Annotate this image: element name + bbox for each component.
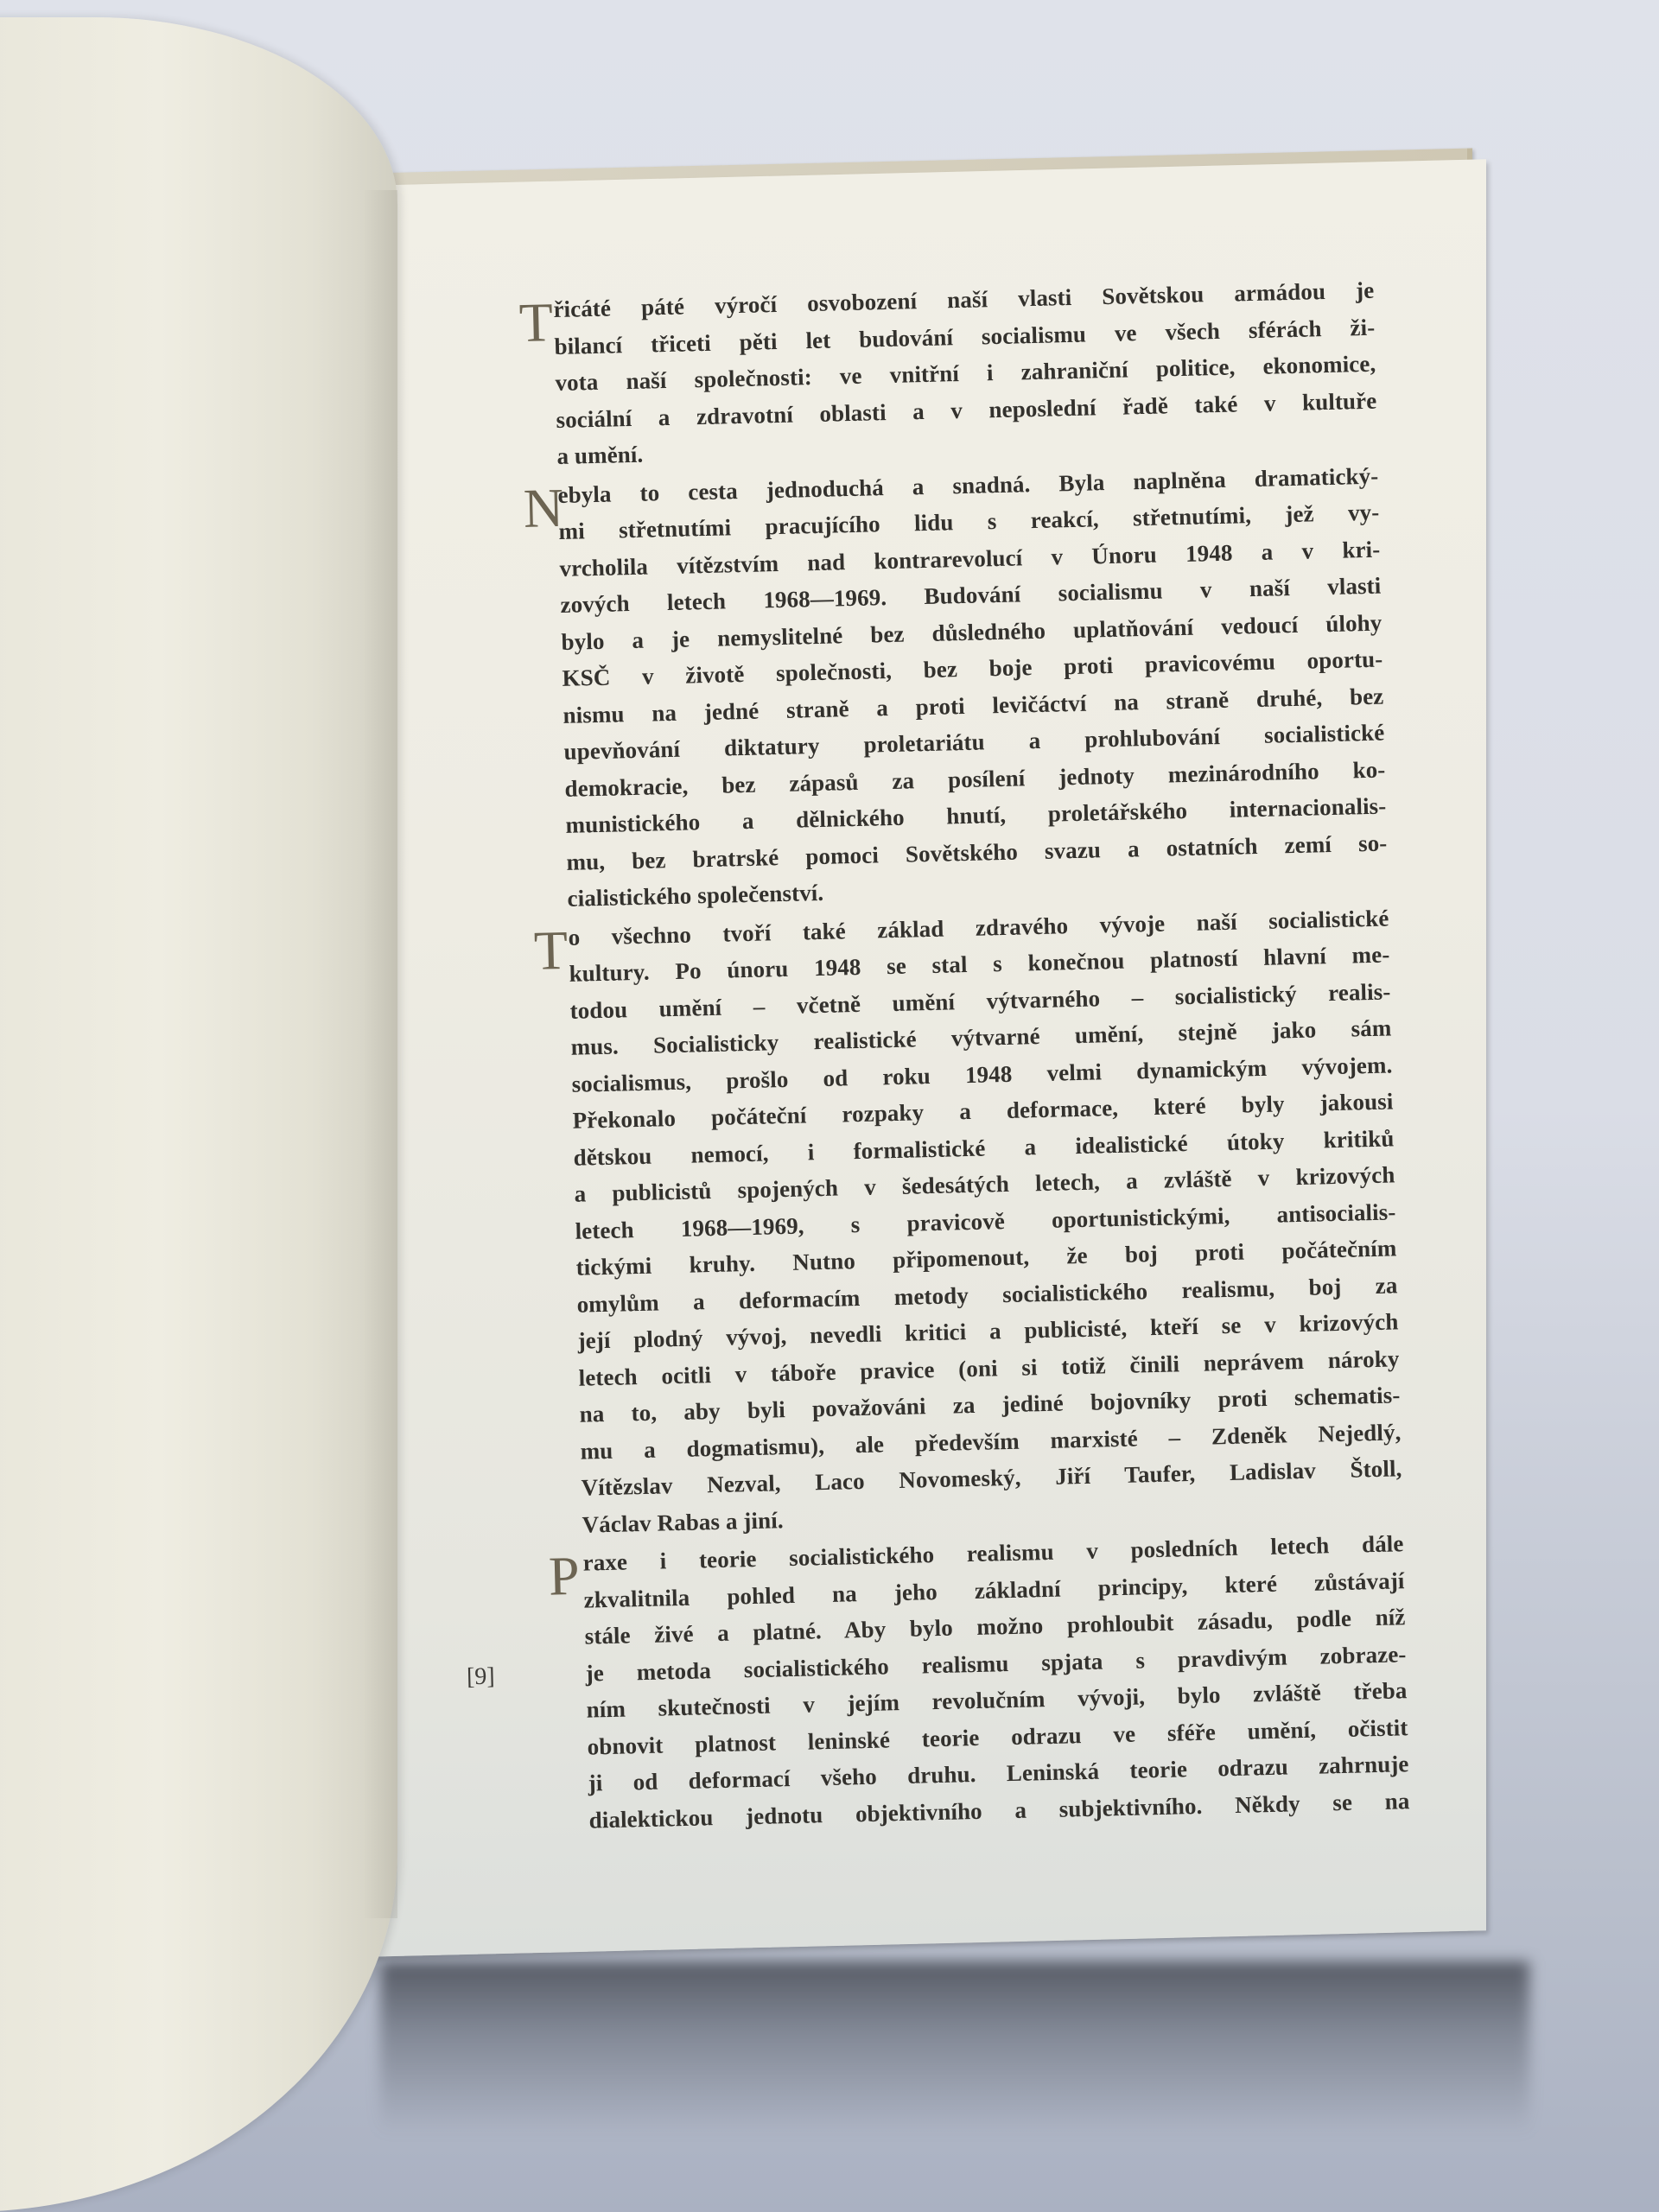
paragraph-2: N ebyla to cesta jednoduchá a snadná. By… [523,457,1389,918]
paragraph-3: T o všechno tvoří také základ zdravého v… [533,899,1403,1544]
drop-cap: N [523,480,564,536]
paragraph-1: T řicáté páté výročí osvobození naší vla… [518,272,1378,476]
drop-cap: P [548,1548,580,1605]
page-number: [9] [467,1663,495,1692]
page-text: T řicáté páté výročí osvobození naší vla… [518,272,1410,1841]
left-page-curl [0,17,397,2212]
book-shadow [380,1961,1529,2134]
paragraph-4: P raxe i teorie socialistického realismu… [548,1525,1410,1839]
drop-cap: T [533,922,569,978]
drop-cap: T [518,295,554,351]
